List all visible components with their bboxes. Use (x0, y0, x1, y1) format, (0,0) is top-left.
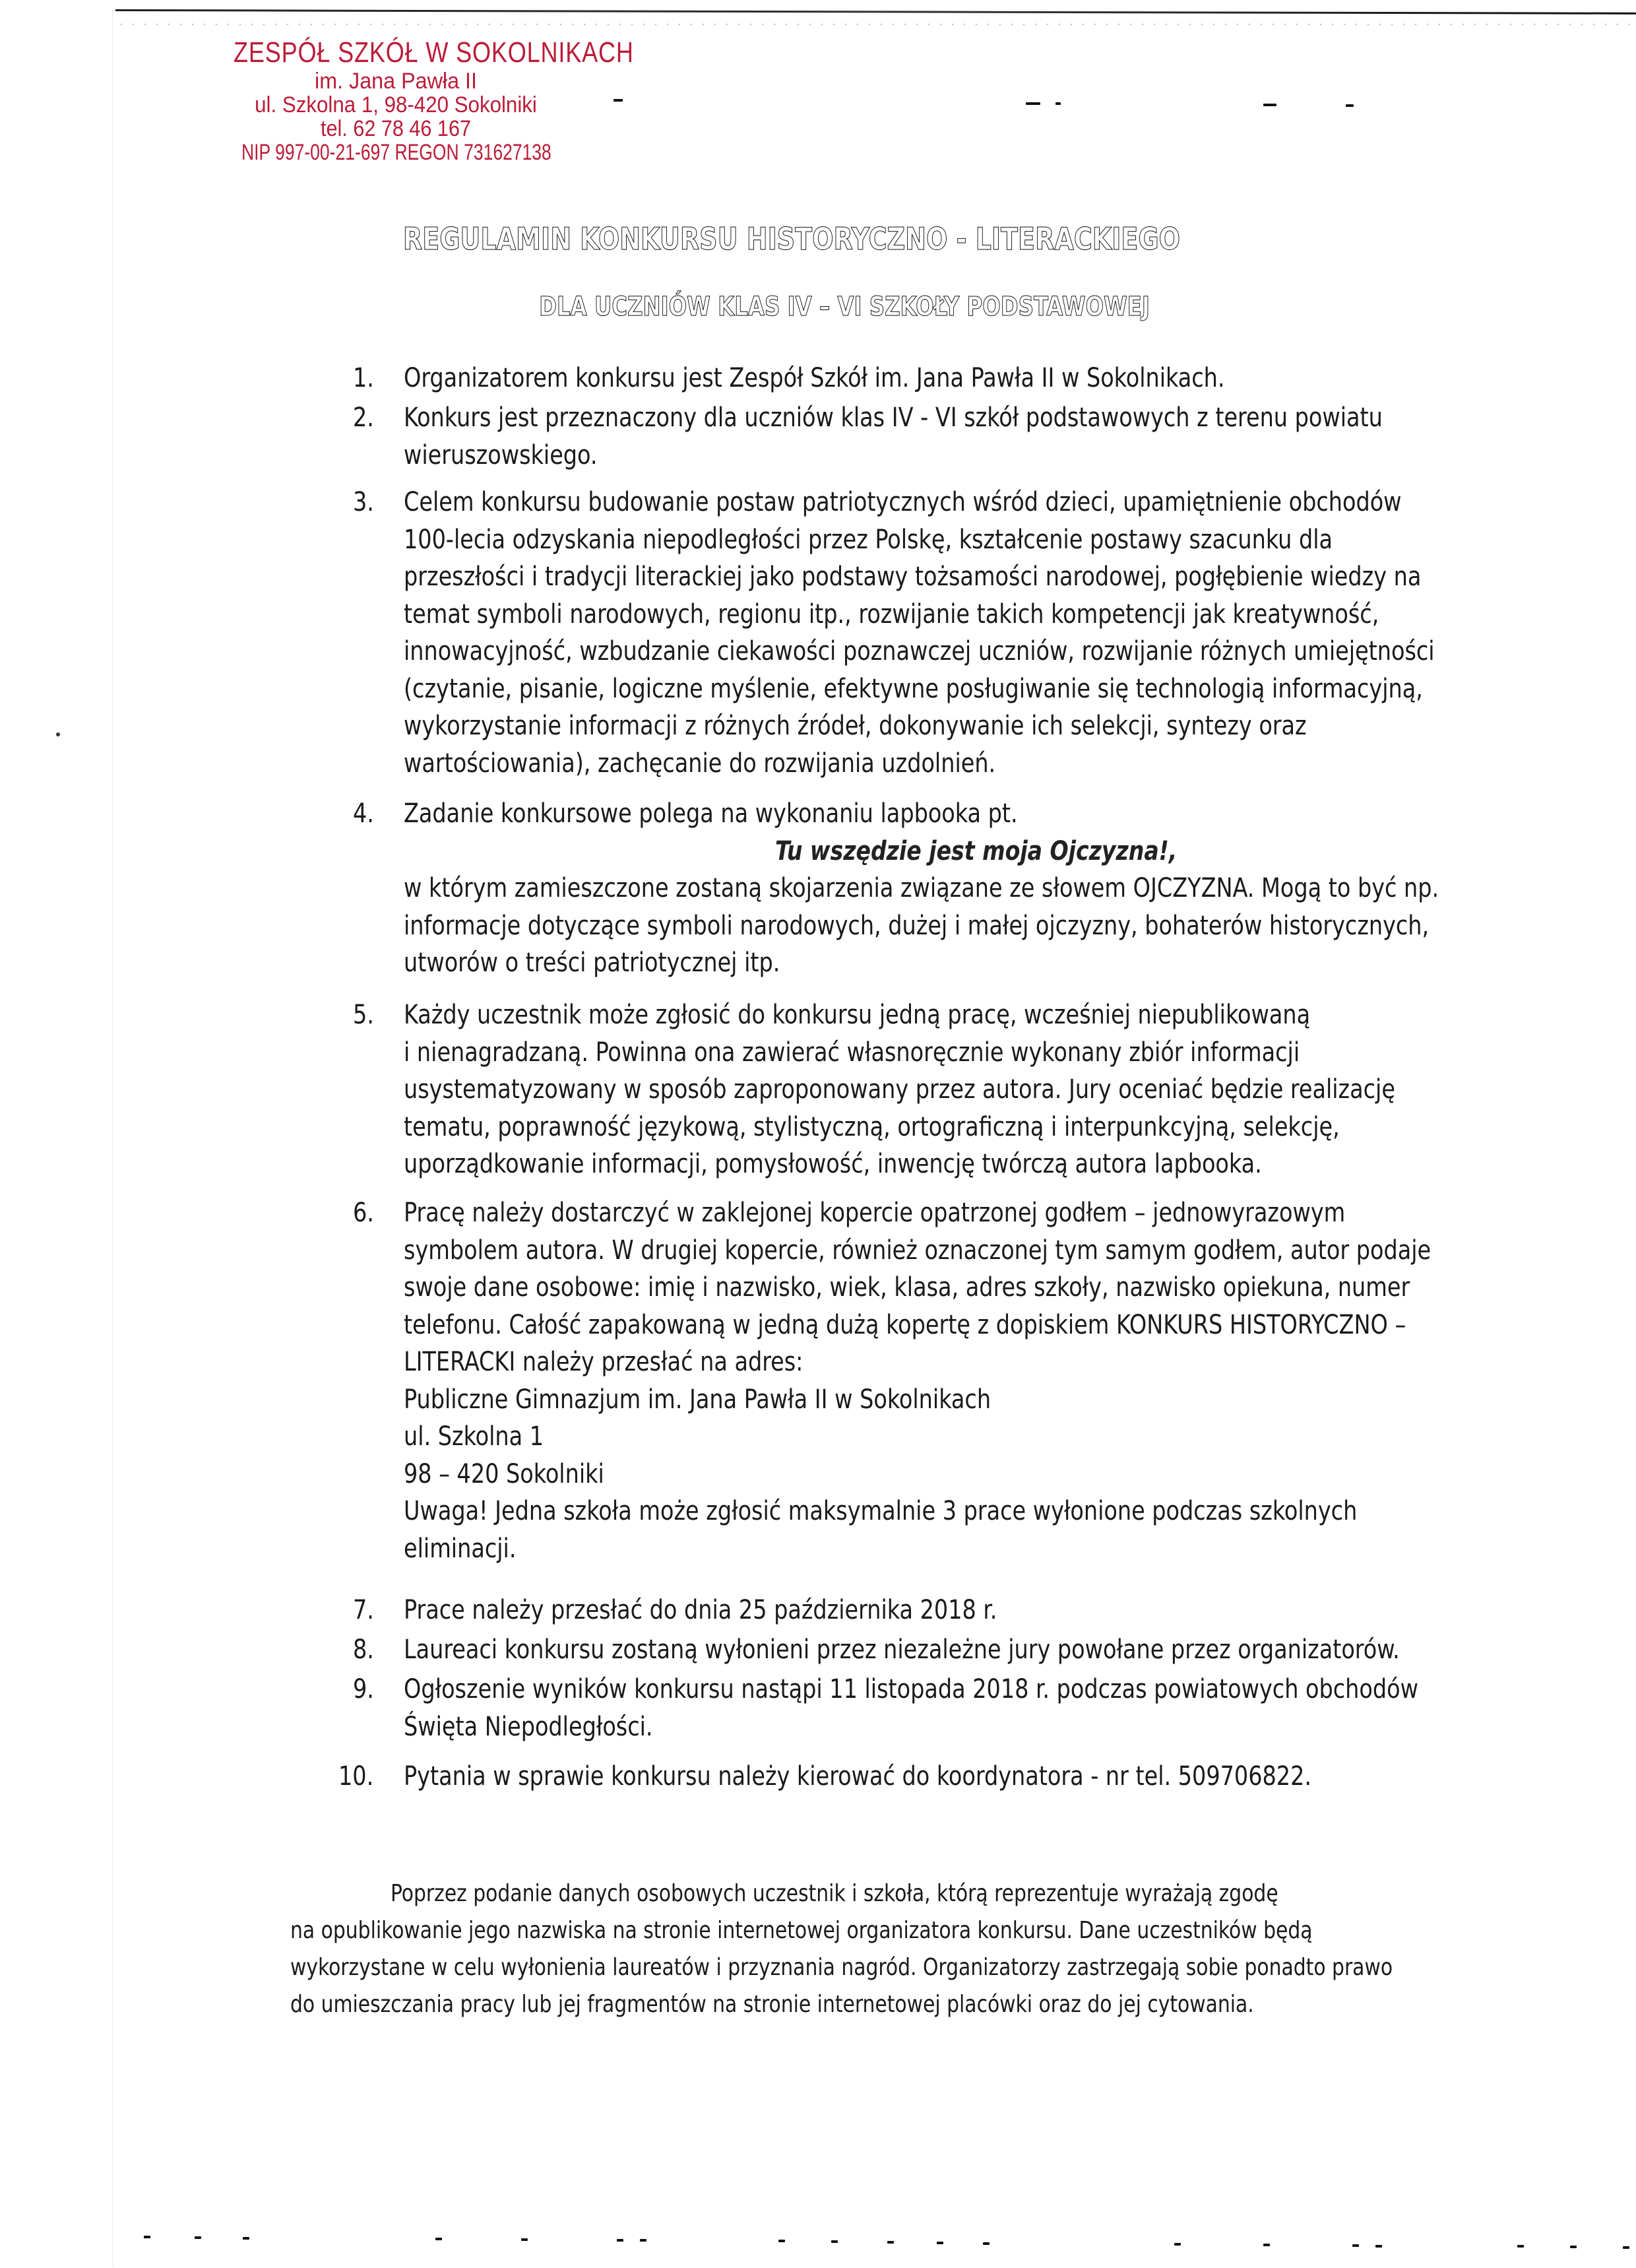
rule-text-line: 100-lecia odzyskania niepodległości prze… (404, 527, 1333, 553)
document-subtitle: DLA UCZNIÓW KLAS IV – VI SZKOŁY PODSTAWO… (310, 292, 1379, 322)
rule-text-line: Publiczne Gimnazjum im. Jana Pawła II w … (404, 1386, 991, 1413)
scan-mark (1570, 2246, 1577, 2248)
rule-text-line: ul. Szkolna 1 (404, 1423, 544, 1450)
rule-number: 3. (353, 489, 374, 515)
scan-top-edge (115, 9, 1636, 15)
rule-text-line: (czytanie, pisanie, logiczne myślenie, e… (404, 676, 1423, 702)
rule-text-line: LITERACKI należy przesłać na adres: (404, 1349, 803, 1375)
lapbook-motto: Tu wszędzie jest moja Ojczyzna!, (775, 838, 1177, 864)
consent-line: na opublikowanie jego nazwiska na stroni… (290, 1919, 1313, 1943)
scan-mark (1623, 2246, 1629, 2249)
scan-mark (831, 2240, 838, 2243)
rule-number: 1. (353, 365, 374, 391)
rule-number: 2. (353, 405, 374, 431)
rule-number: 10. (338, 1763, 373, 1790)
rule-text-line: wykorzystanie informacji z różnych źróde… (404, 713, 1307, 739)
rule-text-line: Zadanie konkursowe polega na wykonaniu l… (404, 800, 1018, 827)
scan-top-dots (115, 22, 1636, 26)
rule-text-line: 98 – 420 Sokolniki (404, 1461, 604, 1487)
rule-text-line: Pracę należy dostarczyć w zaklejonej kop… (404, 1200, 1345, 1226)
document-title: REGULAMIN KONKURSU HISTORYCZNO - LITERAC… (245, 221, 1338, 257)
rule-number: 9. (353, 1676, 374, 1702)
rule-number: 6. (353, 1200, 374, 1226)
school-stamp: ZESPÓŁ SZKÓŁ W SOKOLNIKACH im. Jana Pawł… (198, 38, 594, 164)
rule-text-line: Każdy uczestnik może zgłosić do konkursu… (404, 1002, 1310, 1028)
rule-text-line: eliminacji. (404, 1536, 516, 1562)
rule-text-line: utworów o treści patriotycznej itp. (404, 950, 780, 976)
scan-mark (640, 2239, 646, 2242)
rule-text-line: Ogłoszenie wyników konkursu nastąpi 11 l… (404, 1676, 1418, 1702)
scan-mark (617, 2239, 623, 2242)
rule-text-line: Organizatorem konkursu jest Zespół Szkół… (404, 365, 1224, 391)
scan-mark (1263, 2244, 1270, 2246)
scan-left-edge (112, 9, 113, 2266)
scan-mark (144, 2236, 150, 2238)
consent-line: wykorzystane w celu wyłonienia laureatów… (290, 1956, 1393, 1980)
rule-text-line: w którym zamieszczone zostaną skojarzeni… (404, 875, 1439, 901)
rule-text-line: Konkurs jest przeznaczony dla uczniów kl… (404, 405, 1383, 431)
scan-mark (1517, 2245, 1524, 2248)
consent-line: Poprzez podanie danych osobowych uczestn… (391, 1882, 1278, 1906)
rule-text-line: tematu, poprawność językową, stylistyczn… (404, 1114, 1340, 1140)
scan-mark (1055, 102, 1061, 105)
scan-mark (1174, 2243, 1181, 2246)
rule-number: 4. (353, 800, 374, 827)
scan-mark (937, 2242, 943, 2244)
rule-text-line: wartościowania), zachęcanie do rozwijani… (404, 750, 995, 777)
scan-speck (56, 732, 60, 736)
rule-text-line: wieruszowskiego. (404, 442, 598, 469)
rule-text-line: uporządkowanie informacji, pomysłowość, … (404, 1151, 1262, 1177)
scan-mark (613, 99, 623, 102)
consent-line: do umieszczania pracy lub jej fragmentów… (290, 1993, 1254, 2017)
scan-mark (778, 2240, 785, 2242)
stamp-address: ul. Szkolna 1, 98-420 Sokolniki (214, 94, 578, 116)
rule-text-line: Prace należy przesłać do dnia 25 paździe… (404, 1597, 997, 1623)
rule-text-line: symbolem autora. W drugiej kopercie, rów… (404, 1237, 1431, 1264)
stamp-nip-regon: NIP 997-00-21-697 REGON 731627138 (241, 141, 550, 164)
rule-text-line: Laureaci konkursu zostaną wyłonieni prze… (404, 1636, 1400, 1663)
scan-mark (887, 2241, 894, 2244)
scan-mark (1352, 2244, 1359, 2247)
rule-number: 8. (353, 1636, 374, 1663)
stamp-patron: im. Jana Pawła II (208, 70, 584, 92)
rule-text-line: i nienagradzaną. Powinna ona zawierać wł… (404, 1039, 1300, 1066)
scan-mark (1346, 104, 1354, 107)
rule-text-line: Pytania w sprawie konkursu należy kierow… (404, 1763, 1311, 1790)
scan-mark (435, 2238, 442, 2240)
stamp-phone: tel. 62 78 46 167 (218, 117, 574, 140)
rule-text-line: informacje dotyczące symboli narodowych,… (404, 913, 1429, 939)
scan-mark (195, 2236, 201, 2239)
scan-mark (243, 2237, 249, 2240)
rule-text-line: innowacyjność, wzbudzanie ciekawości poz… (404, 638, 1435, 664)
rule-text-line: swoje dane osobowe: imię i nazwisko, wie… (404, 1274, 1410, 1301)
rule-number: 7. (353, 1597, 374, 1623)
rule-number: 5. (353, 1002, 374, 1028)
scan-mark (1375, 2245, 1382, 2248)
rule-text-line: Święta Niepodległości. (404, 1714, 653, 1740)
scan-mark (521, 2238, 528, 2241)
rule-text-line: Celem konkursu budowanie postaw patrioty… (404, 489, 1402, 515)
rule-text-line: telefonu. Całość zapakowaną w jedną dużą… (404, 1312, 1406, 1338)
rule-text-line: temat symboli narodowych, regionu itp., … (404, 601, 1379, 628)
rule-text-line: usystematyzowany w sposób zaproponowany … (404, 1076, 1395, 1103)
rule-text-line: Uwaga! Jedna szkoła może zgłosić maksyma… (404, 1498, 1357, 1524)
scan-mark (983, 2242, 990, 2245)
rule-text-line: przeszłości i tradycji literackiej jako … (404, 564, 1421, 590)
stamp-school-name: ZESPÓŁ SZKÓŁ W SOKOLNIKACH (234, 38, 558, 67)
scan-mark (1026, 102, 1040, 105)
scan-mark (1263, 104, 1276, 106)
